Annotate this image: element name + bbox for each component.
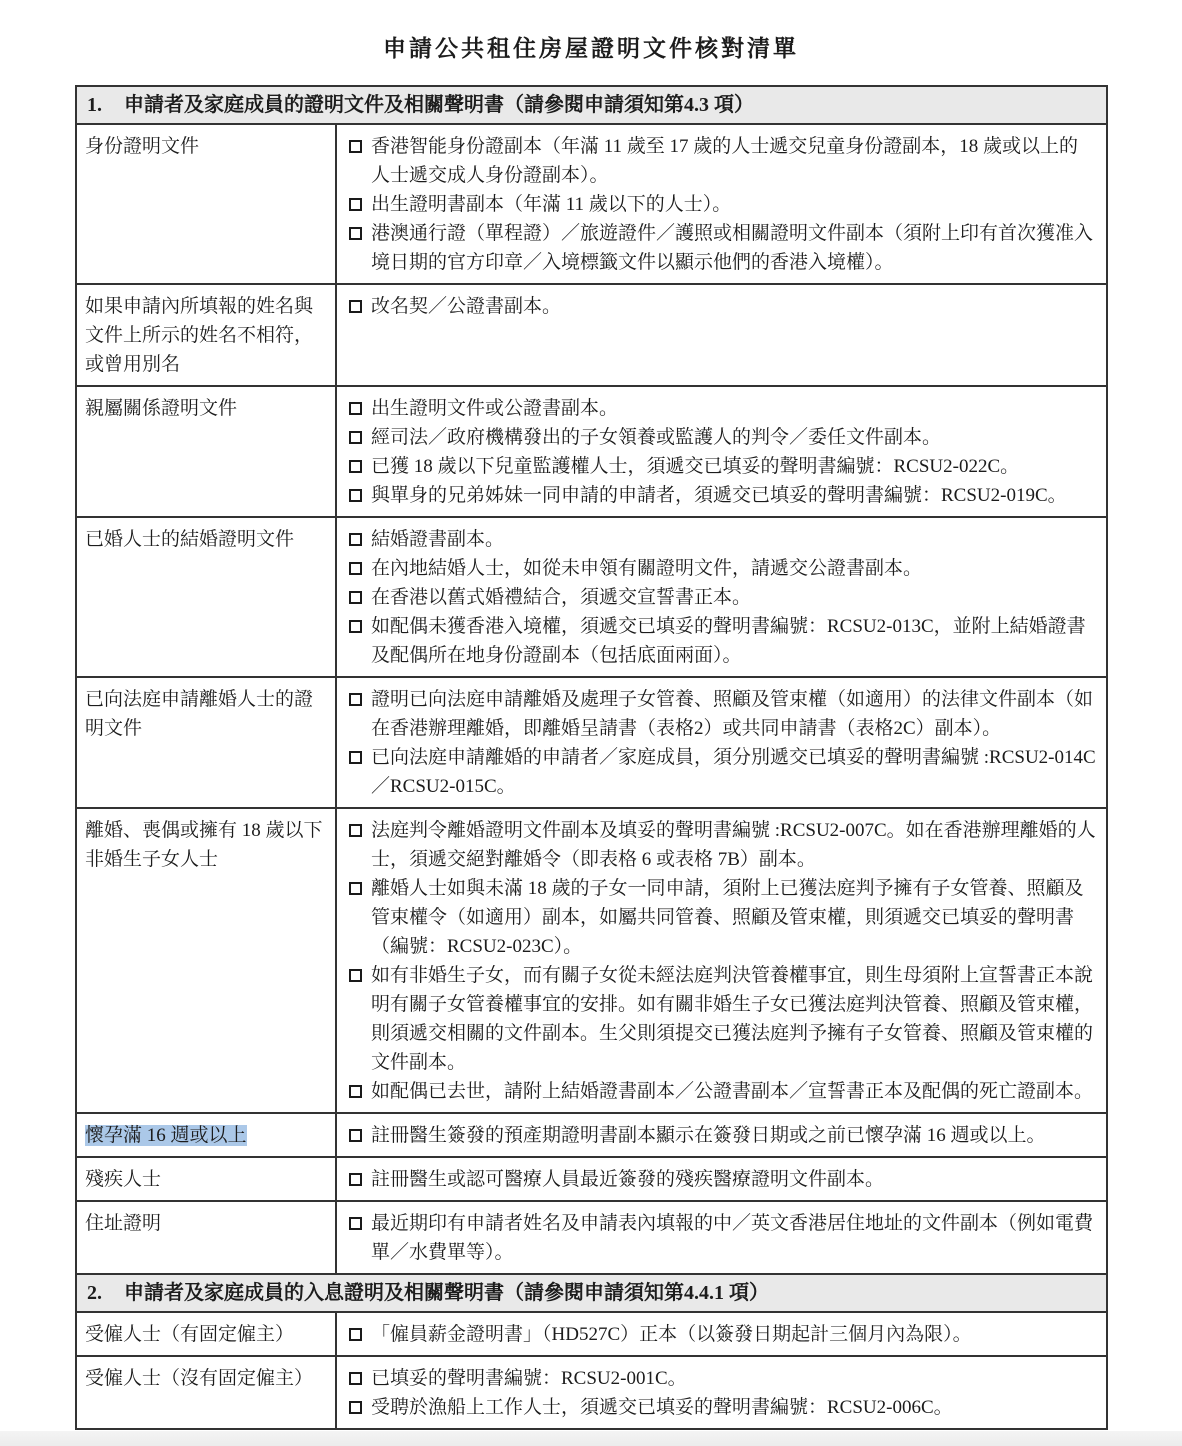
section-header: 2.申請者及家庭成員的入息證明及相關聲明書（請參閱申請須知第4.4.1 項） [77,1273,1106,1311]
checkbox-icon[interactable] [349,1328,362,1341]
checklist-item-text: 如配偶已去世，請附上結婚證書副本／公證書副本／宣誓書正本及配偶的死亡證副本。 [371,1077,1096,1106]
checklist-item-text: 法庭判令離婚證明文件副本及填妥的聲明書編號 :RCSU2-007C。如在香港辦理… [371,816,1096,874]
checklist-item: 已填妥的聲明書編號：RCSU2-001C。 [349,1364,1096,1393]
checkbox-icon[interactable] [349,751,362,764]
checklist-item: 與單身的兄弟姊妹一同申請的申請者，須遞交已填妥的聲明書編號：RCSU2-019C… [349,481,1096,510]
checklist-item-text: 在內地結婚人士，如從未申領有關證明文件，請遞交公證書副本。 [371,554,1096,583]
checklist-item-text: 出生證明文件或公證書副本。 [371,394,1096,423]
checklist-item-text: 經司法／政府機構發出的子女領養或監護人的判令／委任文件副本。 [371,423,1096,452]
checkbox-icon[interactable] [349,227,362,240]
checklist-item: 證明已向法庭申請離婚及處理子女管養、照顧及管束權（如適用）的法律文件副本（如在香… [349,685,1096,743]
row-label: 殘疾人士 [77,1158,337,1200]
checklist-item: 出生證明書副本（年滿 11 歲以下的人士）。 [349,190,1096,219]
checklist-item: 如配偶未獲香港入境權，須遞交已填妥的聲明書編號：RCSU2-013C，並附上結婚… [349,612,1096,670]
checklist-item-text: 離婚人士如與未滿 18 歲的子女一同申請，須附上已獲法庭判予擁有子女管養、照顧及… [371,874,1096,961]
checkbox-icon[interactable] [349,882,362,895]
checklist-item-text: 已向法庭申請離婚的申請者／家庭成員，須分別遞交已填妥的聲明書編號 :RCSU2-… [371,743,1096,801]
row-label: 已向法庭申請離婚人士的證明文件 [77,678,337,807]
section-title: 申請者及家庭成員的證明文件及相關聲明書（請參閱申請須知第4.3 項） [124,92,754,118]
checklist-item: 香港智能身份證副本（年滿 11 歲至 17 歲的人士遞交兒童身份證副本，18 歲… [349,132,1096,190]
checklist-item-text: 港澳通行證（單程證）／旅遊證件／護照或相關證明文件副本（須附上印有首次獲准入境日… [371,219,1096,277]
table-row: 如果申請內所填報的姓名與文件上所示的姓名不相符，或曾用別名改名契／公證書副本。 [77,283,1106,385]
highlighted-text: 懷孕滿 16 週或以上 [85,1125,247,1146]
checklist-item-text: 香港智能身份證副本（年滿 11 歲至 17 歲的人士遞交兒童身份證副本，18 歲… [371,132,1096,190]
checklist-item: 出生證明文件或公證書副本。 [349,394,1096,423]
section-header: 1.申請者及家庭成員的證明文件及相關聲明書（請參閱申請須知第4.3 項） [77,87,1106,123]
checkbox-icon[interactable] [349,591,362,604]
row-items-cell: 香港智能身份證副本（年滿 11 歲至 17 歲的人士遞交兒童身份證副本，18 歲… [337,125,1106,283]
checkbox-icon[interactable] [349,533,362,546]
row-items-cell: 證明已向法庭申請離婚及處理子女管養、照顧及管束權（如適用）的法律文件副本（如在香… [337,678,1106,807]
row-label: 身份證明文件 [77,125,337,283]
checklist-item-text: 註冊醫生或認可醫療人員最近簽發的殘疾醫療證明文件副本。 [371,1165,1096,1194]
checkbox-icon[interactable] [349,489,362,502]
checkbox-icon[interactable] [349,1085,362,1098]
row-items-cell: 出生證明文件或公證書副本。經司法／政府機構發出的子女領養或監護人的判令／委任文件… [337,387,1106,516]
row-items-cell: 結婚證書副本。在內地結婚人士，如從未申領有關證明文件，請遞交公證書副本。在香港以… [337,518,1106,676]
section-number: 1. [87,92,102,118]
row-label: 住址證明 [77,1202,337,1273]
section-number: 2. [87,1280,102,1306]
page-title: 申請公共租住房屋證明文件核對清單 [0,0,1182,63]
checkbox-icon[interactable] [349,562,362,575]
next-section-header-partial [0,1431,1182,1446]
checklist-item: 離婚人士如與未滿 18 歲的子女一同申請，須附上已獲法庭判予擁有子女管養、照顧及… [349,874,1096,961]
checklist-item: 法庭判令離婚證明文件副本及填妥的聲明書編號 :RCSU2-007C。如在香港辦理… [349,816,1096,874]
checklist-item: 改名契／公證書副本。 [349,292,1096,321]
checklist-item-text: 結婚證書副本。 [371,525,1096,554]
checkbox-icon[interactable] [349,969,362,982]
checkbox-icon[interactable] [349,1129,362,1142]
row-label: 已婚人士的結婚證明文件 [77,518,337,676]
checklist-item-text: 已獲 18 歲以下兒童監護權人士，須遞交已填妥的聲明書編號：RCSU2-022C… [371,452,1096,481]
checklist-item: 「僱員薪金證明書」（HD527C）正本（以簽發日期起計三個月內為限）。 [349,1320,1096,1349]
checklist-item-text: 最近期印有申請者姓名及申請表內填報的中／英文香港居住地址的文件副本（例如電費單／… [371,1209,1096,1267]
table-row: 住址證明最近期印有申請者姓名及申請表內填報的中／英文香港居住地址的文件副本（例如… [77,1200,1106,1273]
checklist-item-text: 如配偶未獲香港入境權，須遞交已填妥的聲明書編號：RCSU2-013C，並附上結婚… [371,612,1096,670]
row-items-cell: 「僱員薪金證明書」（HD527C）正本（以簽發日期起計三個月內為限）。 [337,1313,1106,1355]
checklist-item: 受聘於漁船上工作人士，須遞交已填妥的聲明書編號：RCSU2-006C。 [349,1393,1096,1422]
checklist-item: 最近期印有申請者姓名及申請表內填報的中／英文香港居住地址的文件副本（例如電費單／… [349,1209,1096,1267]
checkbox-icon[interactable] [349,1173,362,1186]
checkbox-icon[interactable] [349,1372,362,1385]
row-items-cell: 改名契／公證書副本。 [337,285,1106,385]
checkbox-icon[interactable] [349,300,362,313]
checklist-item: 如有非婚生子女，而有關子女從未經法庭判決管養權事宜，則生母須附上宣誓書正本說明有… [349,961,1096,1077]
row-label: 如果申請內所填報的姓名與文件上所示的姓名不相符，或曾用別名 [77,285,337,385]
table-row: 離婚、喪偶或擁有 18 歲以下非婚生子女人士法庭判令離婚證明文件副本及填妥的聲明… [77,807,1106,1112]
checklist-item-text: 「僱員薪金證明書」（HD527C）正本（以簽發日期起計三個月內為限）。 [371,1320,1096,1349]
section-title: 申請者及家庭成員的入息證明及相關聲明書（請參閱申請須知第4.4.1 項） [124,1280,769,1306]
row-label: 受僱人士（沒有固定僱主） [77,1357,337,1428]
row-items-cell: 最近期印有申請者姓名及申請表內填報的中／英文香港居住地址的文件副本（例如電費單／… [337,1202,1106,1273]
checklist-item: 港澳通行證（單程證）／旅遊證件／護照或相關證明文件副本（須附上印有首次獲准入境日… [349,219,1096,277]
checklist-item: 結婚證書副本。 [349,525,1096,554]
checkbox-icon[interactable] [349,1401,362,1414]
checklist-item: 已獲 18 歲以下兒童監護權人士，須遞交已填妥的聲明書編號：RCSU2-022C… [349,452,1096,481]
table-row: 已婚人士的結婚證明文件結婚證書副本。在內地結婚人士，如從未申領有關證明文件，請遞… [77,516,1106,676]
row-label: 離婚、喪偶或擁有 18 歲以下非婚生子女人士 [77,809,337,1112]
row-items-cell: 註冊醫生簽發的預產期證明書副本顯示在簽發日期或之前已懷孕滿 16 週或以上。 [337,1114,1106,1156]
table-row: 殘疾人士註冊醫生或認可醫療人員最近簽發的殘疾醫療證明文件副本。 [77,1156,1106,1200]
row-items-cell: 已填妥的聲明書編號：RCSU2-001C。受聘於漁船上工作人士，須遞交已填妥的聲… [337,1357,1106,1428]
row-label: 親屬關係證明文件 [77,387,337,516]
checklist-item-text: 已填妥的聲明書編號：RCSU2-001C。 [371,1364,1096,1393]
checklist-item-text: 改名契／公證書副本。 [371,292,1096,321]
checkbox-icon[interactable] [349,460,362,473]
checklist-item: 如配偶已去世，請附上結婚證書副本／公證書副本／宣誓書正本及配偶的死亡證副本。 [349,1077,1096,1106]
checkbox-icon[interactable] [349,1217,362,1230]
checklist-item-text: 受聘於漁船上工作人士，須遞交已填妥的聲明書編號：RCSU2-006C。 [371,1393,1096,1422]
checklist-item-text: 出生證明書副本（年滿 11 歲以下的人士）。 [371,190,1096,219]
checklist-table: 1.申請者及家庭成員的證明文件及相關聲明書（請參閱申請須知第4.3 項）身份證明… [75,85,1108,1430]
checkbox-icon[interactable] [349,620,362,633]
checklist-item: 註冊醫生或認可醫療人員最近簽發的殘疾醫療證明文件副本。 [349,1165,1096,1194]
checklist-item: 在內地結婚人士，如從未申領有關證明文件，請遞交公證書副本。 [349,554,1096,583]
row-label: 受僱人士（有固定僱主） [77,1313,337,1355]
checklist-item: 經司法／政府機構發出的子女領養或監護人的判令／委任文件副本。 [349,423,1096,452]
table-row: 懷孕滿 16 週或以上註冊醫生簽發的預產期證明書副本顯示在簽發日期或之前已懷孕滿… [77,1112,1106,1156]
row-label: 懷孕滿 16 週或以上 [77,1114,337,1156]
row-items-cell: 註冊醫生或認可醫療人員最近簽發的殘疾醫療證明文件副本。 [337,1158,1106,1200]
table-row: 親屬關係證明文件出生證明文件或公證書副本。經司法／政府機構發出的子女領養或監護人… [77,385,1106,516]
table-row: 受僱人士（有固定僱主）「僱員薪金證明書」（HD527C）正本（以簽發日期起計三個… [77,1311,1106,1355]
checkbox-icon[interactable] [349,431,362,444]
checkbox-icon[interactable] [349,402,362,415]
row-items-cell: 法庭判令離婚證明文件副本及填妥的聲明書編號 :RCSU2-007C。如在香港辦理… [337,809,1106,1112]
table-row: 身份證明文件香港智能身份證副本（年滿 11 歲至 17 歲的人士遞交兒童身份證副… [77,123,1106,283]
checklist-item-text: 註冊醫生簽發的預產期證明書副本顯示在簽發日期或之前已懷孕滿 16 週或以上。 [371,1121,1096,1150]
checklist-item-text: 在香港以舊式婚禮結合，須遞交宣誓書正本。 [371,583,1096,612]
checklist-item: 已向法庭申請離婚的申請者／家庭成員，須分別遞交已填妥的聲明書編號 :RCSU2-… [349,743,1096,801]
checkbox-icon[interactable] [349,198,362,211]
checklist-item-text: 如有非婚生子女，而有關子女從未經法庭判決管養權事宜，則生母須附上宣誓書正本說明有… [371,961,1096,1077]
checkbox-icon[interactable] [349,824,362,837]
checklist-item: 在香港以舊式婚禮結合，須遞交宣誓書正本。 [349,583,1096,612]
checklist-item-text: 與單身的兄弟姊妹一同申請的申請者，須遞交已填妥的聲明書編號：RCSU2-019C… [371,481,1096,510]
table-row: 已向法庭申請離婚人士的證明文件證明已向法庭申請離婚及處理子女管養、照顧及管束權（… [77,676,1106,807]
checkbox-icon[interactable] [349,140,362,153]
checkbox-icon[interactable] [349,693,362,706]
checklist-item-text: 證明已向法庭申請離婚及處理子女管養、照顧及管束權（如適用）的法律文件副本（如在香… [371,685,1096,743]
table-row: 受僱人士（沒有固定僱主）已填妥的聲明書編號：RCSU2-001C。受聘於漁船上工… [77,1355,1106,1428]
checklist-item: 註冊醫生簽發的預產期證明書副本顯示在簽發日期或之前已懷孕滿 16 週或以上。 [349,1121,1096,1150]
